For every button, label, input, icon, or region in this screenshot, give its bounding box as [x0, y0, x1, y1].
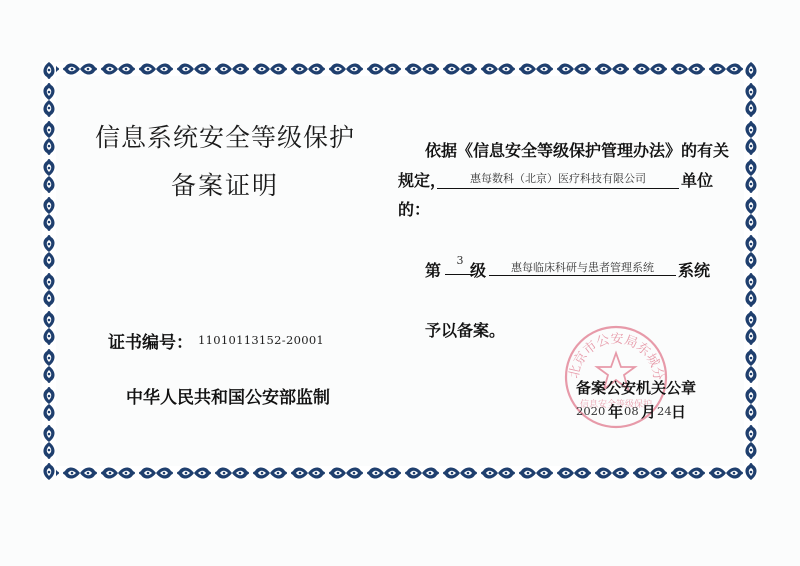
border-top [42, 62, 758, 76]
de-label: 的： [398, 197, 430, 220]
certificate-page: 信息系统安全等级保护 备案证明 证书编号： 11010113152-20001 … [0, 0, 800, 566]
certificate-title: 信息系统安全等级保护 [95, 118, 355, 154]
level-prefix: 第 [425, 258, 441, 281]
border-left [42, 62, 56, 480]
level-suffix: 级 [470, 258, 486, 281]
system-suffix: 系统 [678, 258, 710, 281]
unit-name-field: 惠每数科（北京）医疗科技有限公司 [437, 169, 679, 189]
date-month: 08 [624, 404, 639, 418]
date-year: 2020 [576, 404, 605, 418]
date-day: 24 [657, 404, 672, 418]
date-month-char: 月 [641, 401, 656, 422]
svg-text:北京市公安局东城分局: 北京市公安局东城分局 [562, 323, 665, 382]
unit-name: 惠每数科（北京）医疗科技有限公司 [437, 170, 679, 186]
border-bottom [42, 466, 758, 480]
record-text: 予以备案。 [425, 318, 505, 341]
seal-label: 备案公安机关公章 [576, 377, 696, 398]
cert-number-label: 证书编号： [108, 328, 193, 353]
cert-number: 11010113152-20001 [198, 333, 324, 347]
system-name-field: 惠每临床科研与患者管理系统 [489, 258, 676, 276]
issuer: 中华人民共和国公安部监制 [126, 383, 330, 408]
date-year-char: 年 [608, 401, 623, 422]
date-day-char: 日 [671, 401, 686, 422]
border-right [744, 62, 758, 480]
body-line1: 依据《信息安全等级保护管理办法》的有关 [425, 138, 729, 161]
certificate-subtitle: 备案证明 [171, 166, 279, 202]
unit-suffix: 单位 [681, 168, 713, 191]
system-name: 惠每临床科研与患者管理系统 [489, 259, 676, 275]
